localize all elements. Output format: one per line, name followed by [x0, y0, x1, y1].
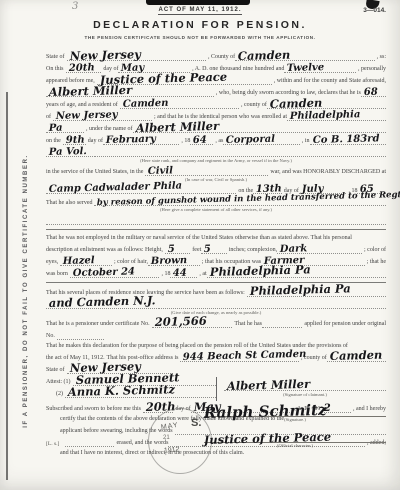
claimant-name-field: Albert Miller	[46, 88, 214, 97]
subtitle: THE PENSION CERTIFICATE SHOULD NOT BE FO…	[0, 35, 400, 40]
scan-artifact-top-bar	[146, 0, 250, 5]
enrolled-place2-field: Pa	[46, 124, 84, 133]
line-description: description at enlistment was as follows…	[46, 245, 386, 254]
stamp-year: 1912	[164, 446, 180, 454]
born-year-field: 44	[170, 269, 197, 278]
po-county-field: Camden	[327, 353, 386, 362]
line-claimant-signature: Albert Miller	[224, 382, 386, 391]
line-witness2: (2) Anna K. Schmitz	[46, 389, 216, 398]
rank-field: Corporal	[223, 136, 299, 145]
height-inches-field: 5	[201, 245, 226, 254]
certificate-no-field: 201,566	[152, 319, 233, 328]
line-residences-2: and Camden N.J.	[46, 300, 386, 309]
spacer	[173, 366, 386, 374]
line-state-county: State of New Jersey , County of Camden ,…	[46, 52, 386, 61]
stamp-day: 21	[163, 435, 170, 441]
stamp-mark: S.	[191, 417, 201, 429]
complexion-field: Dark	[277, 245, 362, 254]
residence-county-field: Camden	[267, 100, 386, 109]
line-blank	[46, 216, 386, 225]
discharge-place-field: Camp Cadwalader Phila	[46, 185, 236, 194]
services-caption: (Here give a complete statement of all o…	[46, 208, 386, 213]
original-no-blank	[57, 331, 104, 340]
state-field: New Jersey	[67, 52, 207, 61]
line-enlistment: on the 9th day of February , 18 64 , as …	[46, 136, 386, 145]
war-field: Civil	[145, 167, 268, 176]
line-claimant-age: Albert Miller , who, being duly sworn ac…	[46, 88, 386, 97]
residence-blank	[159, 300, 386, 309]
document-page: 3 ACT OF MAY 11, 1912. 3—014. DECLARATIO…	[0, 0, 400, 490]
blank-line	[46, 216, 386, 225]
unit-field: Co B. 183rd	[310, 136, 386, 145]
enrolled-name-field: Albert Miller	[133, 124, 386, 133]
para-not-employed: That he was not employed in the military…	[46, 235, 386, 242]
residence-city-field: Camden	[120, 100, 239, 109]
official-signature-block: Ralph Schmitz (Signature.) Justice of th…	[204, 396, 386, 451]
born-place-field: Philadelphia Pa	[207, 269, 386, 278]
eyes-field: Hazel	[60, 257, 112, 266]
rank-caption: (Here state rank, and company and regime…	[46, 159, 386, 164]
stamp-month: MAY	[161, 422, 179, 431]
po-address-field: 944 Beach St Camden	[180, 353, 298, 362]
line-residence: years of age, and a resident of Camden ,…	[46, 100, 386, 109]
section-rule-1	[46, 229, 386, 230]
form-number: 3—014.	[363, 7, 386, 14]
change-caption: (Give date of each change, as nearly as …	[46, 311, 386, 316]
official-title-line: Justice of the Peace	[204, 426, 386, 443]
claimant-signature-field: Albert Miller	[224, 382, 386, 391]
line-other-service: That he also served by reason of gunshot…	[46, 197, 386, 206]
line-enrolled-name: Pa , under the name of Albert Miller	[46, 124, 386, 133]
witness2-field: Anna K. Schmitz	[65, 389, 216, 398]
line-born: was born October 24 , 18 44 , at Philade…	[46, 269, 386, 278]
day-field: 20th	[66, 64, 102, 73]
enlist-month-field: February	[103, 136, 179, 145]
line-certificate: That he is a pensioner under certificate…	[46, 319, 386, 328]
applied-blank	[262, 319, 302, 328]
official-signature-line: Ralph Schmitz	[204, 396, 386, 417]
margin-note-vertical: IF A PENSIONER, DO NOT FAIL TO GIVE CERT…	[23, 105, 29, 477]
residence2-field: and Camden N.J.	[46, 300, 159, 309]
year-word-field: Twelve	[284, 64, 356, 73]
act-line: ACT OF MAY 11, 1912.	[0, 7, 400, 13]
enlist-year-field: 64	[190, 136, 213, 145]
attest-left: Attest: (1) Samuel Bennett (2) Anna K. S…	[46, 377, 216, 401]
other-service-field: by reason of gunshot wound in the head t…	[94, 197, 386, 206]
unit2-field: Pa Vol.	[46, 148, 95, 157]
enrolled-place-field: Philadelphia	[287, 112, 386, 121]
residence-state-field: New Jersey	[53, 112, 152, 121]
unit-blank	[95, 148, 386, 157]
county-field: Camden	[235, 52, 375, 61]
age-field: 68	[361, 88, 386, 97]
left-margin-rule	[6, 92, 8, 480]
war-caption: (In case of war, Civil or Spanish.)	[46, 178, 386, 183]
hair-field: Brown	[148, 257, 200, 266]
line-original-no: No.	[46, 331, 386, 340]
height-feet-field: 5	[165, 245, 190, 254]
born-date-field: October 24	[70, 269, 160, 278]
ls-mark: [L. s.]	[46, 441, 65, 447]
line-unit2: Pa Vol.	[46, 148, 386, 157]
enlist-day-field: 9th	[63, 136, 86, 145]
erased-blank-lead	[65, 438, 114, 447]
line-war: in the service of the United States, in …	[46, 167, 386, 176]
notary-date-stamp: MAY 21 1912 S.	[148, 408, 212, 474]
page-title: DECLARATION FOR PENSION.	[0, 19, 400, 31]
spacer	[104, 332, 386, 340]
residence1-field: Philadelphia Pa	[247, 288, 386, 297]
official-signature: Ralph Schmitz	[204, 403, 327, 421]
